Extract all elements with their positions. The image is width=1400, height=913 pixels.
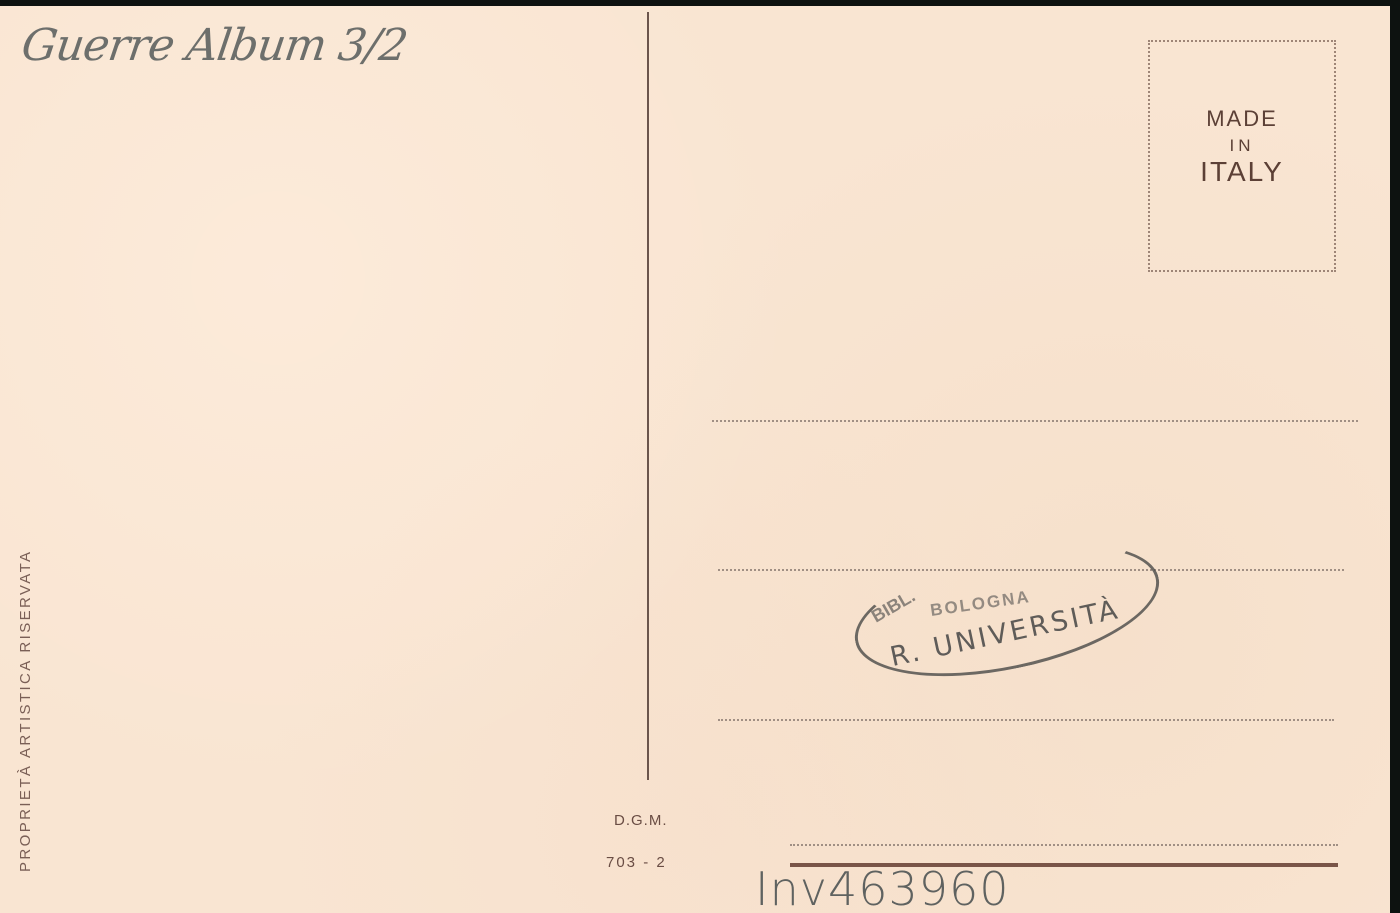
center-divider-line	[647, 12, 649, 780]
made-label: MADE	[1206, 106, 1278, 132]
scan-edge	[1390, 0, 1400, 913]
stamp-placeholder-box: MADE IN ITALY	[1148, 40, 1336, 272]
in-label: IN	[1230, 136, 1255, 156]
address-line-1	[712, 420, 1358, 422]
publisher-mark: D.G.M.	[614, 812, 668, 829]
series-code: 703 - 2	[606, 854, 667, 871]
postcard-back: Guerre Album 3/2 PROPRIETÀ ARTISTICA RIS…	[0, 6, 1390, 913]
copyright-vertical-text: PROPRIETÀ ARTISTICA RISERVATA	[17, 550, 34, 872]
italy-label: ITALY	[1200, 156, 1284, 188]
inventory-number: Inv463960	[755, 862, 1010, 913]
handwritten-album-note: Guerre Album 3/2	[18, 20, 410, 71]
address-line-4	[790, 844, 1338, 846]
address-line-3	[718, 719, 1334, 721]
